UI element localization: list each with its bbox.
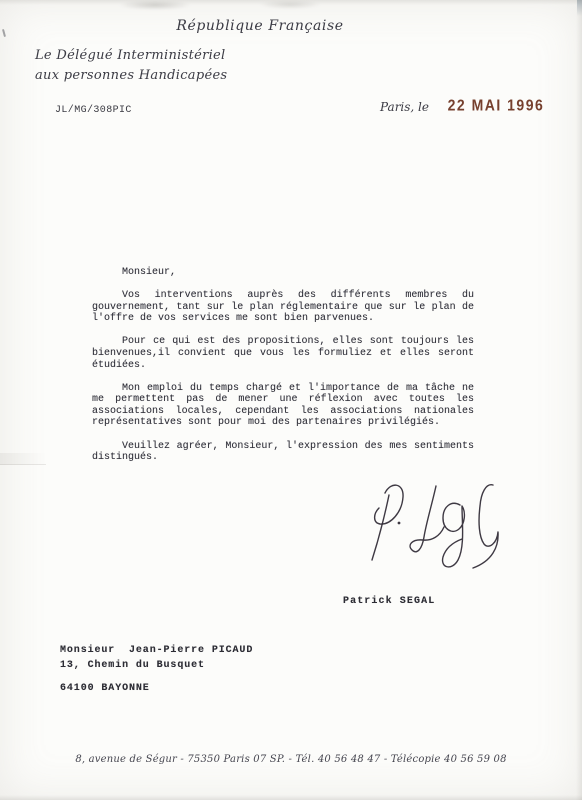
scanned-letter-page: République Française Le Délégué Intermin…	[0, 0, 582, 800]
body-line: Vos interventions auprès des différents …	[92, 290, 474, 302]
body-line: étudiées.	[92, 360, 474, 372]
reference-code: JL/MG/308PIC	[55, 105, 132, 116]
footer-address: 8, avenue de Ségur - 75350 Paris 07 SP. …	[0, 754, 582, 765]
scan-edge-shadow	[0, 0, 582, 5]
salutation-paragraph: Monsieur,	[92, 267, 474, 279]
republic-header: République Française	[0, 18, 520, 34]
recipient-name: Monsieur Jean-Pierre PICAUD	[60, 644, 253, 659]
body-line: distingués.	[92, 452, 474, 464]
body-line: représentatives sont pour moi des parten…	[92, 417, 474, 429]
body-line: l'offre de vos services me sont bien par…	[92, 313, 474, 325]
date-stamp: 22 MAI 1996	[448, 96, 545, 114]
body-line: gouvernement, tant sur le plan réglement…	[92, 302, 474, 314]
body-line: Mon emploi du temps chargé et l'importan…	[92, 383, 474, 395]
body-line: Veuillez agréer, Monsieur, l'expression …	[92, 441, 474, 453]
recipient-address: Monsieur Jean-Pierre PICAUD 13, Chemin d…	[60, 644, 253, 697]
dateline: Paris, le 22 MAI 1996	[380, 98, 544, 116]
salutation: Monsieur,	[92, 267, 474, 279]
place-label: Paris, le	[380, 100, 429, 114]
paragraph: Vos interventions auprès des différents …	[92, 290, 474, 325]
recipient-city: 64100 BAYONNE	[60, 682, 253, 697]
body-line: me permettent pas de mener une réflexion…	[92, 394, 474, 406]
body-line: associations locales, cependant les asso…	[92, 406, 474, 418]
sender-line-1: Le Délégué Interministériel	[35, 46, 227, 66]
letter-body: Monsieur, Vos interventions auprès des d…	[92, 267, 474, 464]
signer-name: Patrick SEGAL	[343, 596, 435, 607]
recipient-street: 13, Chemin du Busquet	[60, 659, 253, 674]
scan-fold-mark	[0, 453, 46, 465]
body-line: bienvenues,il convient que vous les form…	[92, 348, 474, 360]
paragraph: Mon emploi du temps chargé et l'importan…	[92, 383, 474, 429]
scan-edge-shadow	[0, 795, 582, 800]
body-line: Pour ce qui est des propositions, elles …	[92, 336, 474, 348]
scan-edge-shadow	[576, 0, 582, 800]
sender-title-block: Le Délégué Interministériel aux personne…	[35, 46, 227, 86]
handwritten-signature	[352, 474, 516, 580]
paragraph: Pour ce qui est des propositions, elles …	[92, 336, 474, 371]
sender-line-2: aux personnes Handicapées	[35, 66, 227, 86]
paragraph: Veuillez agréer, Monsieur, l'expression …	[92, 441, 474, 464]
